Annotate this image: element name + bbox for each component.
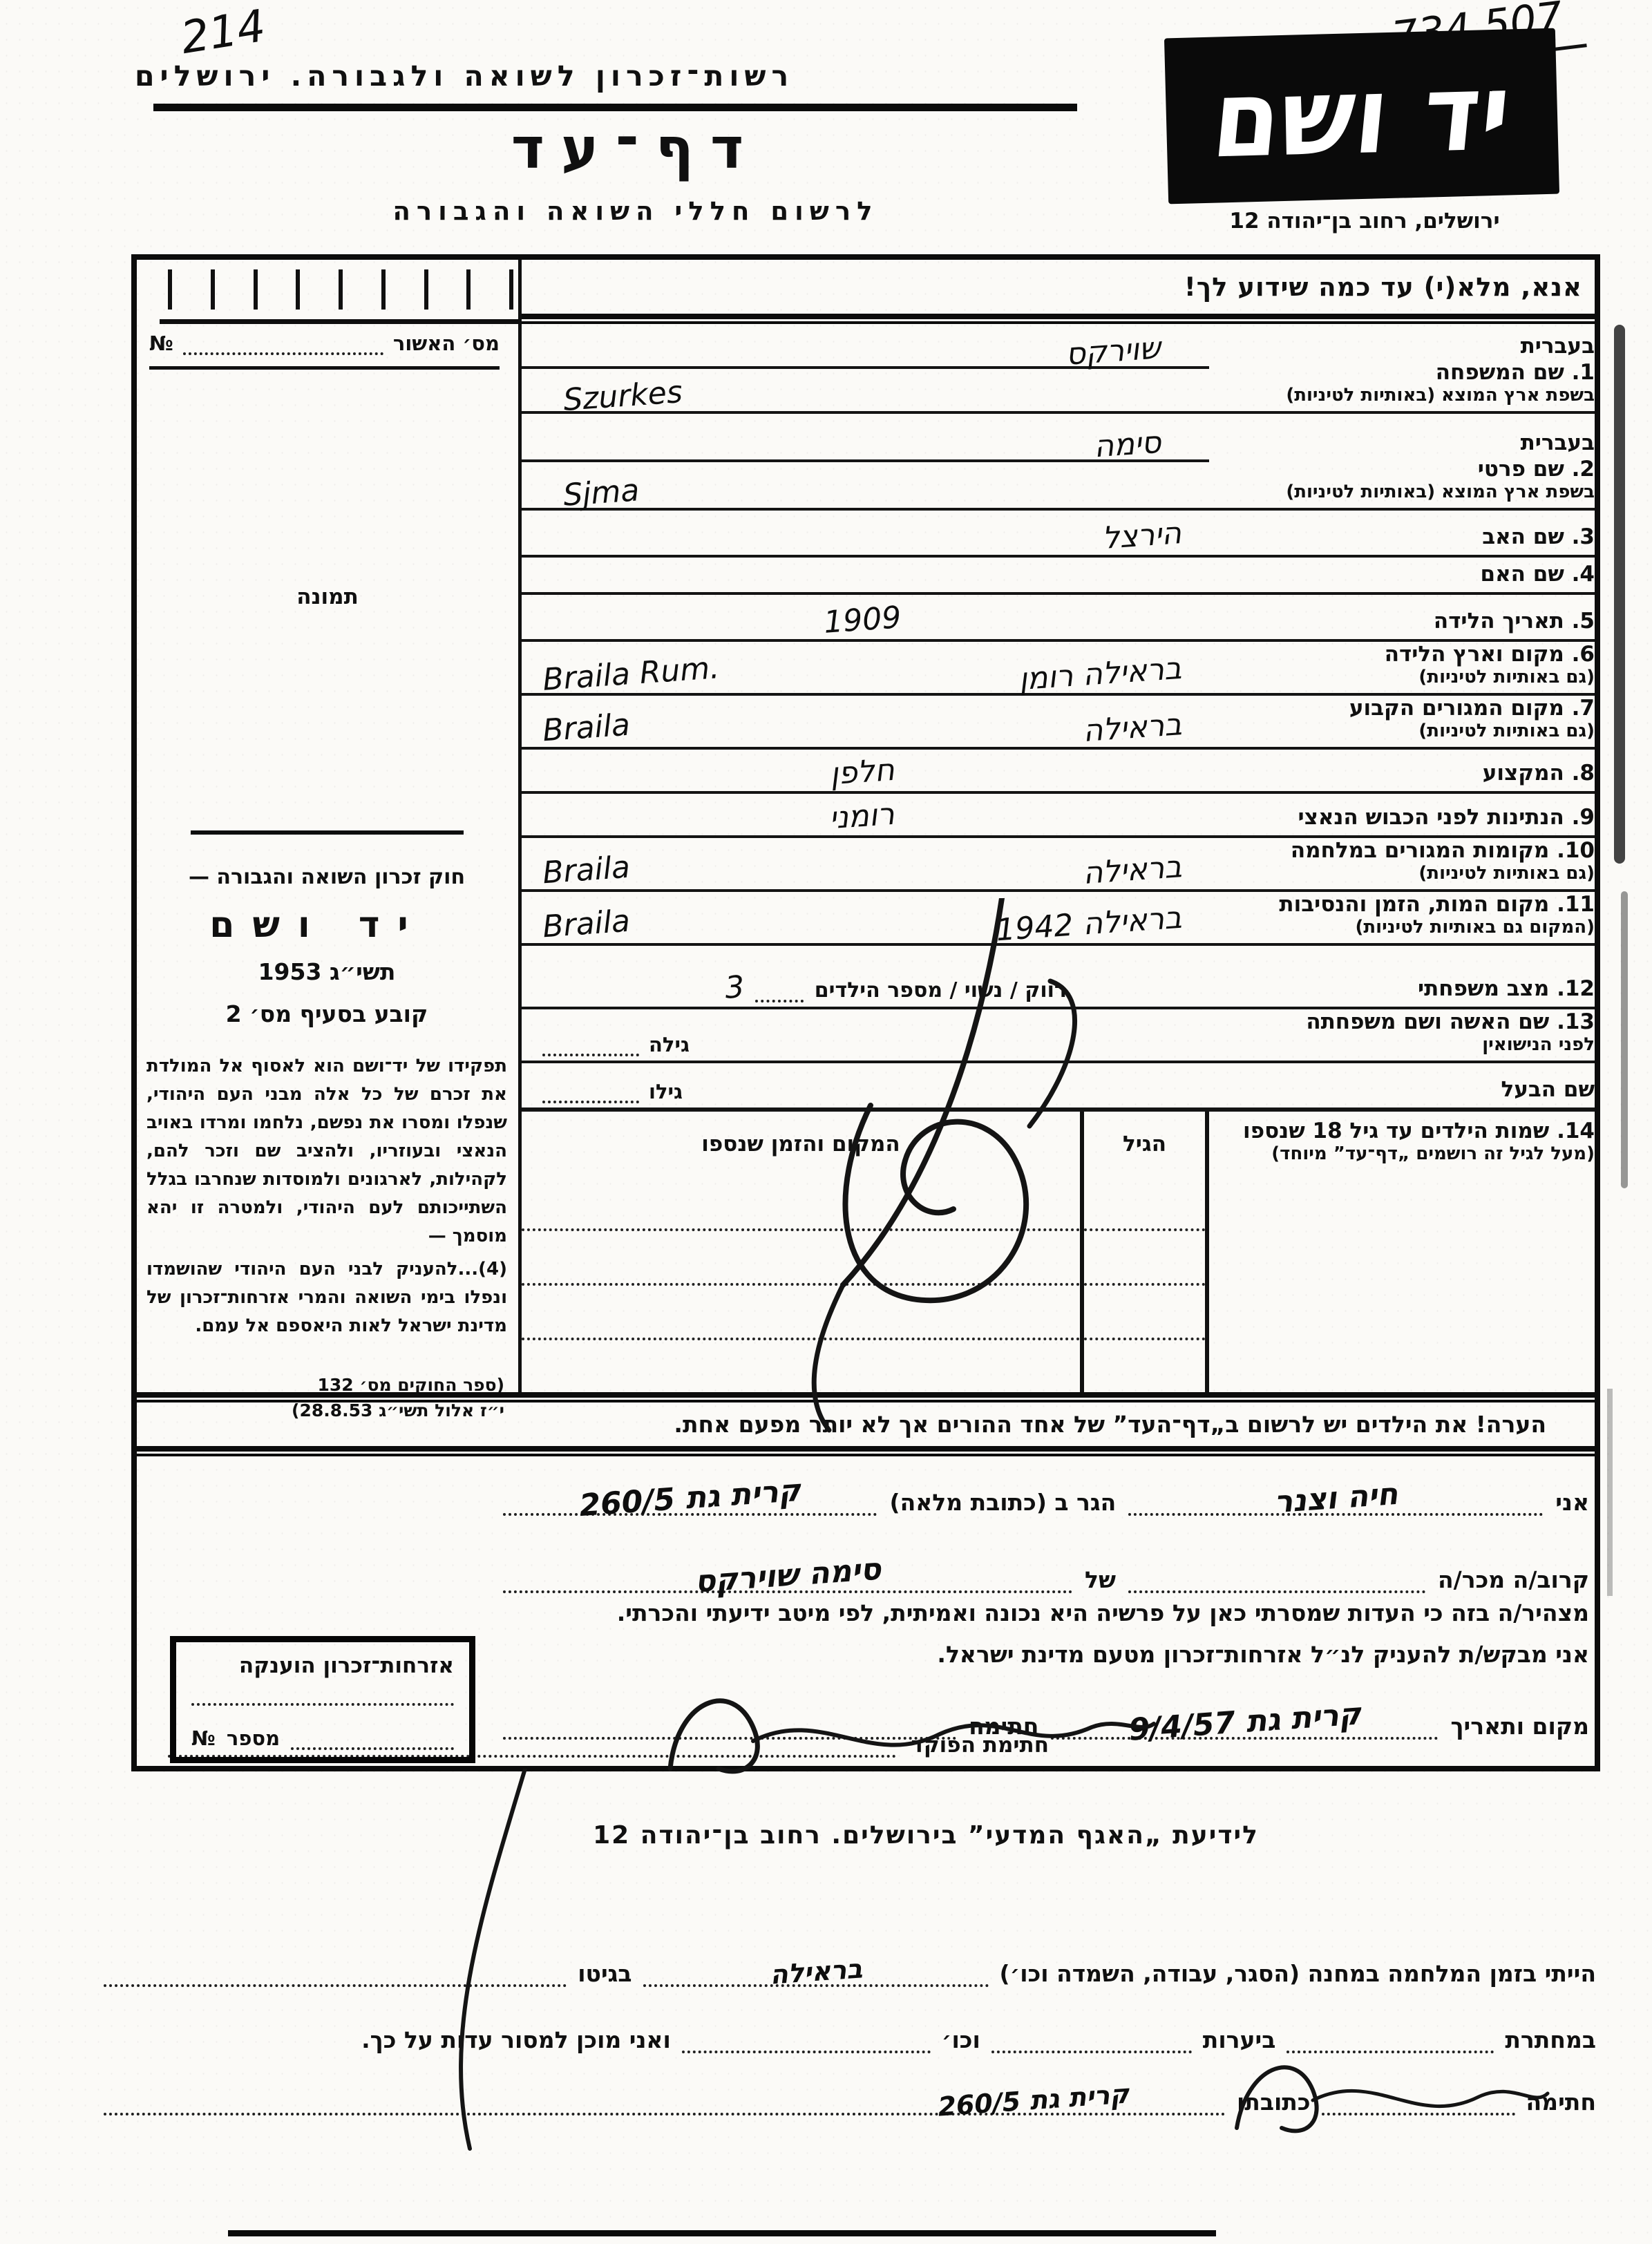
handwritten-entry: סימה (1093, 425, 1162, 465)
field-row-birth-date: 5. תאריך הלידה 1909 (522, 595, 1595, 642)
scan-artifact (1607, 1389, 1613, 1596)
camp-blank: בראילה (643, 1954, 989, 1987)
etc-blank (682, 2051, 931, 2053)
forests-label: ביערות (1203, 2026, 1276, 2053)
scan-artifact (1614, 325, 1625, 864)
handwritten-entry: חלפן (829, 752, 896, 792)
handwritten-entry-latin: Braila (542, 904, 632, 945)
field-row-children: 14. שמות הילדים עד גיל 18 שנספו (מעל לגי… (522, 1112, 1595, 1395)
field-sublabel: בשפת ארץ המוצא (באותיות לטיניות) (1219, 482, 1595, 502)
field-label: 3. שם האב (1219, 524, 1595, 549)
grant-number-label: מספר (227, 1727, 280, 1750)
handwritten-entry: שוירקס (1065, 330, 1162, 372)
handwritten-camp-entry: בראילה (768, 1953, 863, 1990)
field-sublabel: לפני הנישואין (1219, 1034, 1595, 1055)
table-row (1084, 1177, 1205, 1231)
of-label: של (1085, 1566, 1116, 1593)
field-row-mother-name: 4. שם האם (522, 558, 1595, 595)
victim-name-blank: סימה שוירקס (503, 1555, 1072, 1593)
ghetto-label: בגיטו (578, 1960, 632, 1987)
numero-symbol: № (191, 1727, 216, 1750)
wartime-camp-row: הייתי בזמן המלחמה במחנה (הסגר, עבודה, הש… (104, 1929, 1596, 1987)
divider (137, 1392, 1595, 1402)
law-rule (191, 830, 464, 835)
table-row (522, 1340, 1080, 1395)
field-row-father-name: 3. שם האב הירצל (522, 511, 1595, 558)
children-age-column: הגיל (1080, 1112, 1209, 1395)
law-clause: ‎...(4)להעניק לבני העם היהודי שהושמדו ונ… (146, 1255, 507, 1340)
handwritten-entry: בראילה (1081, 849, 1182, 891)
declarant-name-blank: חיה וצנר (1128, 1478, 1543, 1516)
camp-label: הייתי בזמן המלחמה במחנה (הסגר, עבודה, הש… (1000, 1960, 1596, 1987)
main-form: מס׳ האשור № תמונה חוק זכרון השואה והגבור… (131, 254, 1600, 1771)
declaration-block: אני חיה וצנר הגר ב (כתובת מלאה) קרית גת … (503, 1452, 1589, 1740)
handwritten-entry: בראילה רומן (1018, 651, 1183, 697)
his-age-blank (542, 1094, 639, 1103)
law-body: תפקידו של יד־ושם הוא לאסוף אל המולדת את … (146, 1052, 507, 1251)
grant-box-title: אזרחות־זכרון הוענקה (191, 1653, 454, 1678)
certificate-number-blank (183, 345, 383, 355)
form-subtitle: לרשום חללי השואה והגבורה (352, 196, 919, 226)
form-title: דף־עד (435, 116, 836, 182)
declarant-address-blank: קרית גת 260/5 (503, 1478, 877, 1516)
field-label: 2. שם פרטי (1219, 457, 1595, 482)
field-label: שם הבעל (1219, 1077, 1595, 1102)
children-place-column: המקום והזמן שנספו (522, 1112, 1080, 1395)
grant-box-blank (191, 1699, 454, 1706)
handwritten-address: קרית גת 260/5 (937, 2078, 1130, 2122)
handwritten-entry: 1909 (822, 600, 902, 640)
divider (522, 314, 1595, 324)
yad-vashem-logo-stamp: יד ושם (1164, 28, 1559, 205)
law-year: תשי״ג 1953 (146, 958, 507, 985)
etc-label: וכו׳ (942, 2026, 980, 2053)
note-text: הערה! את הילדים יש לרשום ב„דף־העד” של אח… (137, 1402, 1595, 1446)
field-label: 8. המקצוע (1219, 761, 1595, 786)
handwritten-children-count: 3 (723, 969, 745, 1006)
law-excerpt-box: חוק זכרון השואה והגבורה — יד ושם תשי״ג 1… (146, 830, 507, 1424)
bottom-signature-row: חתימה כתובתו קרית גת 260/5 (104, 2057, 1596, 2115)
field-row-residence: 7. מקום המגורים הקבוע (גם באותיות לטיניו… (522, 696, 1595, 750)
scan-artifact (228, 2230, 1216, 2236)
age-column-header: הגיל (1084, 1112, 1205, 1177)
field-label: 12. מצב משפחתי (1219, 976, 1595, 1001)
table-row (522, 1231, 1080, 1286)
her-age-blank (542, 1047, 639, 1056)
field-label: 14. שמות הילדים עד גיל 18 שנספו (1219, 1119, 1595, 1143)
ghetto-blank (104, 1984, 567, 1987)
field-sublabel: (גם באותיות לטיניות) (1219, 667, 1595, 687)
forests-blank (991, 2051, 1192, 2053)
her-age-label: גילה (649, 1033, 690, 1056)
authority-line: רשות־זכרון לשואה ולגבורה. ירושלים (135, 59, 794, 93)
field-row-birth-place: 6. מקום וארץ הלידה (גם באותיות לטיניות) … (522, 642, 1595, 696)
table-row (522, 1286, 1080, 1340)
field-row-profession: 8. המקצוע חלפן (522, 750, 1595, 794)
registrar-label: חתימת הפוקד (911, 1733, 1049, 1758)
header-rule (153, 104, 1077, 111)
numero-symbol: № (149, 332, 173, 355)
children-count-blank (755, 993, 804, 1002)
table-row (1084, 1231, 1205, 1286)
underground-blank (1287, 2051, 1494, 2053)
relation-blank (1128, 1590, 1425, 1593)
statement-row: מצהיר/ה בזה כי העדות שמסרתי כאן על פרשיה… (503, 1593, 1589, 1632)
handwritten-entry: בראילה 1942 (995, 900, 1183, 949)
handwritten-entry: הירצל (1101, 515, 1183, 556)
field-label: 5. תאריך הלידה (1219, 609, 1595, 634)
field-row-war-residence: 10. מקומות המגורים במלחמה (גם באותיות לט… (522, 838, 1595, 892)
handwritten-entry: רומני (828, 797, 896, 836)
table-row (1084, 1340, 1205, 1395)
logo-address: ירושלים, רחוב בן־יהודה 12 (1126, 209, 1603, 234)
field-row-citizenship: 9. הנתינות לפני הכבוש הנאצי רומני (522, 794, 1595, 838)
declarant-row: אני חיה וצנר הגר ב (כתובת מלאה) קרית גת … (503, 1452, 1589, 1516)
place-column-header: המקום והזמן שנספו (522, 1112, 1080, 1177)
field-sublabel: בשפת ארץ המוצא (באותיות לטיניות) (1219, 385, 1595, 406)
handwritten-victim-name: סימה שוירקס (694, 1552, 882, 1600)
field-label: 4. שם האם (1219, 562, 1595, 587)
field-row-family-name: בעברית 1. שם המשפחה בשפת ארץ המוצא (באות… (522, 324, 1595, 414)
grant-number-blank (291, 1740, 454, 1750)
note-band: הערה! את הילדים יש לרשום ב„דף־העד” של אח… (137, 1392, 1595, 1456)
field-sublabel: (גם באותיות לטיניות) (1219, 721, 1595, 741)
place-date-signature-row: מקום ותאריך קרית גת 9/4/57 חתימה (503, 1676, 1589, 1740)
resides-label: הגר ב (כתובת מלאה) (889, 1489, 1116, 1516)
handwritten-place-date: קרית גת 9/4/57 (1128, 1696, 1363, 1747)
fields-column: אנא, מלא(י) עד כמה שידוע לך! בעברית 1. ש… (522, 260, 1595, 1395)
fill-in-instruction: אנא, מלא(י) עד כמה שידוע לך! (522, 260, 1595, 314)
field-label: 7. מקום המגורים הקבוע (1219, 696, 1595, 721)
address-blank: קרית גת 260/5 (104, 2082, 1226, 2115)
address-label: כתובתו (1237, 2089, 1311, 2115)
field-language-label: בעברית (1219, 430, 1595, 455)
field-language-label: בעברית (1219, 334, 1595, 359)
handwritten-page-number: 214 (178, 1, 269, 64)
willing-to-testify-text: ואני מוכן למסור עדות על כך. (361, 2026, 671, 2053)
marital-options-label: רווק / נשוי / מספר הילדים (815, 978, 1067, 1002)
handwritten-entry-latin: Braila (542, 850, 632, 891)
table-row (522, 1177, 1080, 1231)
handwritten-entry-latin: Braila Rum. (542, 650, 721, 698)
field-row-marital-status: 12. מצב משפחתי רווק / נשוי / מספר הילדים… (522, 946, 1595, 1009)
scanned-testimony-page: 214 734 507 רשות־זכרון לשואה ולגבורה. יר… (0, 0, 1652, 2244)
field-label: 9. הנתינות לפני הכבוש הנאצי (1219, 805, 1595, 830)
handwritten-declarant-name: חיה וצנר (1273, 1476, 1399, 1520)
law-title: חוק זכרון השואה והגבורה — (146, 865, 507, 889)
statement-text: מצהיר/ה בזה כי העדות שמסרתי כאן על פרשיה… (617, 1599, 1589, 1626)
request-row: אני מבקש/ת להעניק לנ״ל אזרחות־זכרון מטעם… (503, 1632, 1589, 1676)
request-text: אני מבקש/ת להעניק לנ״ל אזרחות־זכרון מטעם… (937, 1641, 1589, 1668)
signature-label: חתימה (1526, 2089, 1596, 2115)
table-row (1084, 1286, 1205, 1340)
handwritten-entry-latin: Szurkes (562, 374, 684, 418)
field-sublabel: (מעל לגיל זה רושמים „דף־עד” מיוחד) (1219, 1143, 1595, 1164)
relation-row: קרוב/ה מכר/ה של סימה שוירקס (503, 1516, 1589, 1593)
signature-blank (1322, 2113, 1515, 2115)
handwritten-entry: בראילה (1081, 707, 1182, 749)
scan-artifact (1621, 891, 1628, 1188)
certificate-number-row: מס׳ האשור № (149, 332, 500, 370)
certificate-number-label: מס׳ האשור (393, 332, 500, 355)
field-row-wife-name: 13. שם האשה ושם משפחתה לפני הנישואין גיל… (522, 1009, 1595, 1063)
field-row-first-name: בעברית 2. שם פרטי בשפת ארץ המוצא (באותיו… (522, 414, 1595, 511)
handwritten-entry-latin: Sjma (562, 473, 640, 513)
perforation-ticks (160, 269, 522, 324)
place-date-label: מקום ותאריך (1450, 1713, 1589, 1740)
memorial-citizenship-grant-box: אזרחות־זכרון הוענקה מספר № (170, 1636, 475, 1763)
field-label: 1. שם המשפחה (1219, 360, 1595, 385)
photo-placeholder-label: תמונה (137, 584, 518, 609)
relation-label: קרוב/ה מכר/ה (1438, 1566, 1589, 1593)
place-date-blank: קרית גת 9/4/57 (1051, 1702, 1438, 1740)
field-sublabel: (גם באותיות לטיניות) (1219, 863, 1595, 884)
i-am-label: אני (1555, 1489, 1589, 1516)
handwritten-entry-latin: Braila (542, 707, 632, 749)
field-label: 10. מקומות המגורים במלחמה (1219, 838, 1595, 863)
left-column: מס׳ האשור № תמונה חוק זכרון השואה והגבור… (137, 260, 522, 1392)
law-name: יד ושם (146, 904, 507, 946)
wartime-underground-row: במחתרת ביערות וכו׳ ואני מוכן למסור עדות … (104, 1998, 1596, 2053)
field-row-death-place: 11. מקום המות, הזמן והנסיבות (המקום גם ב… (522, 892, 1595, 946)
field-label: 6. מקום וארץ הלידה (1219, 642, 1595, 667)
underground-label: במחתרת (1505, 2026, 1596, 2053)
scientific-branch-heading: לידיעת „האגף המדעי” בירושלים. רחוב בן־יה… (477, 1821, 1375, 1850)
law-section: קובע בסעיף מס׳ 2 (146, 1000, 507, 1027)
field-label: 13. שם האשה ושם משפחתה (1219, 1009, 1595, 1034)
field-row-husband-name: שם הבעל גילו (522, 1063, 1595, 1112)
children-table: הגיל המקום והזמן שנספו (522, 1112, 1209, 1395)
logo-text: יד ושם (1207, 50, 1516, 182)
field-label: 11. מקום המות, הזמן והנסיבות (1219, 892, 1595, 917)
his-age-label: גילו (649, 1080, 683, 1103)
field-sublabel: (המקום גם באותיות לטיניות) (1219, 917, 1595, 938)
